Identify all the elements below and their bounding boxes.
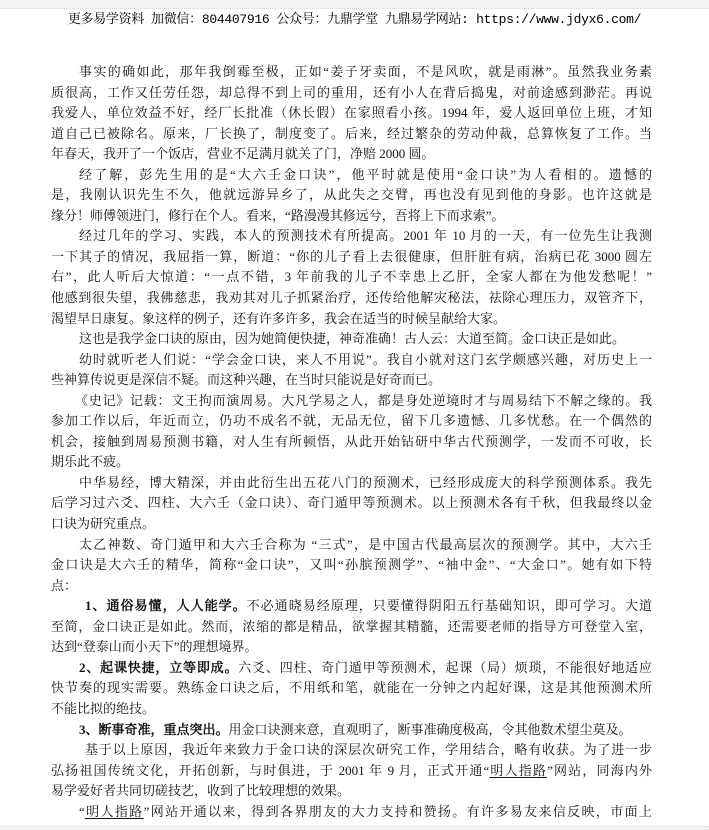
- paragraph: 经了解，彭先生用的是“大六壬金口诀”，他平时就是使用“金口诀”为人看相的。遗憾的…: [51, 165, 652, 227]
- text-line: 中华易经，博大精深，并由此衍生出五花八门的预测术，已经形成庞大的科学预测体系。我…: [51, 473, 652, 494]
- line-text: 弘扬祖国传统文化，开拓创新，与时俱进，于 2001 年 9 月，正式开通“: [51, 763, 489, 778]
- text-line: 一下其子的情况，我屈指一算，断道：“你的儿子看上去很健康，但肝脏有病，治病已花 …: [51, 247, 652, 268]
- header-official-account: 公众号：九鼎学堂: [276, 12, 378, 27]
- site-link-mingren-zhilu[interactable]: 明人指路: [489, 763, 547, 778]
- text-line: 太乙神数、奇门遁甲和大六壬合称为 “三式”，是中国古代最高层次的预测学。其中，大…: [51, 535, 652, 556]
- text-line: 3、断事奇准，重点突出。用金口诀测来意，直观明了，断事准确度极高，令其他数术望尘…: [51, 720, 652, 741]
- text-line: 金口诀是大六壬的精华，简称“金口诀”，又叫“孙膑预测学”、“袖中金”、“大金口”…: [51, 555, 652, 576]
- text-line: 质很高，工作又任劳任怨，却总得不到上司的重用，还有小人在背后捣鬼，对前途感到渺茫…: [51, 83, 652, 104]
- line-text: 不必通晓易经原理，只要懂得阴阳五行基础知识，即可学习。大道: [247, 598, 652, 613]
- bottom-page-edge: [0, 826, 709, 830]
- text-line: 弘扬祖国传统文化，开拓创新，与时俱进，于 2001 年 9 月，正式开通“明人指…: [51, 761, 652, 782]
- feature-item-3: 3、断事奇准，重点突出。用金口诀测来意，直观明了，断事准确度极高，令其他数术望尘…: [51, 720, 652, 741]
- text-line: 后学习过六爻、四柱、大六壬（金口诀）、奇门遁甲等预测术。以上预测术各有千秋，但我…: [51, 493, 652, 514]
- paragraph: 基于以上原因，我近年来致力于金口诀的深层次研究工作，学用结合，略有收获。为了进一…: [51, 740, 652, 802]
- text-line: 点：: [51, 576, 652, 597]
- paragraph: 幼时就听老人们说：“学会金口诀，来人不用说”。我自小就对这门玄学颇感兴趣，对历史…: [51, 350, 652, 391]
- feature-heading: 1、通俗易懂，人人能学。: [85, 598, 247, 613]
- text-line: 参加工作以后，年近而立，仍功不成名不就，无品无位，留下几多遗憾、几多忧愁。在一个…: [51, 411, 652, 432]
- text-line: 经了解，彭先生用的是“大六壬金口诀”，他平时就是使用“金口诀”为人看相的。遗憾的: [51, 165, 652, 186]
- text-line: 2、起课快捷，立等即成。六爻、四柱、奇门遁甲等预测术，起课（局）烦琐，不能很好地…: [51, 658, 652, 679]
- paragraph: 中华易经，博大精深，并由此衍生出五花八门的预测术，已经形成庞大的科学预测体系。我…: [51, 473, 652, 535]
- line-text: ”网站开通以来，得到各界朋友的大力支持和赞扬。有许多易友来信反映，市面上: [144, 804, 652, 819]
- text-line: 缘分！师傅领进门，修行在个人。看来，“路漫漫其修远兮，吾将上下而求索”。: [51, 206, 652, 227]
- text-line: 这也是我学金口诀的原由，因为她简便快捷，神奇准确！古人云：大道至简。金口诀正是如…: [51, 329, 652, 350]
- text-line: 期乐此不疲。: [51, 452, 652, 473]
- top-toolbar-edge: [0, 0, 709, 9]
- paragraph: 《史记》记载：文王拘而演周易。大凡学易之人，都是身处逆境时才与周易结下不解之缘的…: [51, 391, 652, 473]
- text-line: 不能比拟的绝技。: [51, 699, 652, 720]
- text-line: 是，我刚认识先生不久，他就远游异乡了，从此失之交臂，再也没有见到他的身影。也许这…: [51, 185, 652, 206]
- text-line: 1、通俗易懂，人人能学。不必通晓易经原理，只要懂得阴阳五行基础知识，即可学习。大…: [51, 596, 652, 617]
- text-line: 经过几年的学习、实践，本人的预测技术有所提高。2001 年 10 月的一天，有一…: [51, 226, 652, 247]
- paragraph: 太乙神数、奇门遁甲和大六壬合称为 “三式”，是中国古代最高层次的预测学。其中，大…: [51, 535, 652, 597]
- text-line: 渴望早日康复。象这样的例子，还有许多许多，我会在适当的时候呈献给大家。: [51, 309, 652, 330]
- text-line: 至简，金口诀正是如此。然而，浓缩的都是精品，欲掌握其精髓，还需要老师的指导方可登…: [51, 617, 652, 638]
- paragraph: 经过几年的学习、实践，本人的预测技术有所提高。2001 年 10 月的一天，有一…: [51, 226, 652, 329]
- text-line: 达到“登泰山而小天下”的理想境界。: [51, 637, 652, 658]
- text-line: 基于以上原因，我近年来致力于金口诀的深层次研究工作，学用结合，略有收获。为了进一…: [51, 740, 652, 761]
- text-line: 口诀为研究重点。: [51, 514, 652, 535]
- page-header: 更多易学资料加微信：804407916公众号：九鼎学堂九鼎易学网站: https…: [0, 10, 709, 30]
- text-line: 我爱人，单位效益不好，经厂长批准（休长假）在家照看小孩。1994 年，爱人返回单…: [51, 103, 652, 124]
- text-line: 些神算传说更是深信不疑。而这种兴趣，在当时只能说是好奇而已。: [51, 370, 652, 391]
- paragraph: 这也是我学金口诀的原由，因为她简便快捷，神奇准确！古人云：大道至简。金口诀正是如…: [51, 329, 652, 350]
- header-more-materials: 更多易学资料: [68, 12, 144, 27]
- line-text: 六爻、四柱、奇门遁甲等预测术，起课（局）烦琐，不能很好地适应: [238, 660, 652, 675]
- feature-item-1: 1、通俗易懂，人人能学。不必通晓易经原理，只要懂得阴阳五行基础知识，即可学习。大…: [51, 596, 652, 658]
- site-link-mingren-zhilu[interactable]: 明人指路: [85, 804, 144, 819]
- text-line: 快节奏的现实需要。熟练金口诀之后，不用纸和笔，就能在一分钟之内起好课，这是其他预…: [51, 678, 652, 699]
- document-body: 事实的确如此，那年我倒霉至极，正如“姜子牙卖面，不是风吹，就是雨淋”。虽然我业务…: [51, 62, 652, 822]
- text-line: 右”，此人听后大惊道：“一点不错，3 年前我的儿子不幸患上乙肝，全家人都在为他发…: [51, 267, 652, 288]
- text-line: 幼时就听老人们说：“学会金口诀，来人不用说”。我自小就对这门玄学颇感兴趣，对历史…: [51, 350, 652, 371]
- text-line: 《史记》记载：文王拘而演周易。大凡学易之人，都是身处逆境时才与周易结下不解之缘的…: [51, 391, 652, 412]
- text-line: 道自己已被除名。原来，厂长换了，制度变了。后来，经过繁杂的劳动仲裁，总算恢复了工…: [51, 124, 652, 145]
- text-line: 年春天，我开了一个饭店，营业不足满月就关了门，净赔 2000 圆。: [51, 144, 652, 165]
- line-text: 用金口诀测来意，直观明了，断事准确度极高，令其他数术望尘莫及。: [229, 722, 632, 737]
- text-line: 易学爱好者共同切磋技艺，收到了比较理想的效果。: [51, 781, 652, 802]
- header-wechat: 加微信：804407916: [151, 12, 269, 27]
- text-line: 事实的确如此，那年我倒霉至极，正如“姜子牙卖面，不是风吹，就是雨淋”。虽然我业务…: [51, 62, 652, 83]
- text-line: 机会，接触到周易预测书籍，对人生有所顿悟，从此开始钻研中华古代预测学，一发而不可…: [51, 432, 652, 453]
- text-line: 他感到很失望，我佛慈悲，我劝其对儿子抓紧治疗，还传给他解灾秘法，祛除心理压力，双…: [51, 288, 652, 309]
- feature-heading: 3、断事奇准，重点突出。: [79, 722, 229, 737]
- feature-heading: 2、起课快捷，立等即成。: [79, 660, 238, 675]
- paragraph: 事实的确如此，那年我倒霉至极，正如“姜子牙卖面，不是风吹，就是雨淋”。虽然我业务…: [51, 62, 652, 165]
- header-website: 九鼎易学网站: https://www.jdyx6.com/: [385, 12, 641, 27]
- text-line: “明人指路”网站开通以来，得到各界朋友的大力支持和赞扬。有许多易友来信反映，市面…: [51, 802, 652, 823]
- feature-item-2: 2、起课快捷，立等即成。六爻、四柱、奇门遁甲等预测术，起课（局）烦琐，不能很好地…: [51, 658, 652, 720]
- line-text: ”网站，同海内外: [547, 763, 652, 778]
- paragraph: “明人指路”网站开通以来，得到各界朋友的大力支持和赞扬。有许多易友来信反映，市面…: [51, 802, 652, 823]
